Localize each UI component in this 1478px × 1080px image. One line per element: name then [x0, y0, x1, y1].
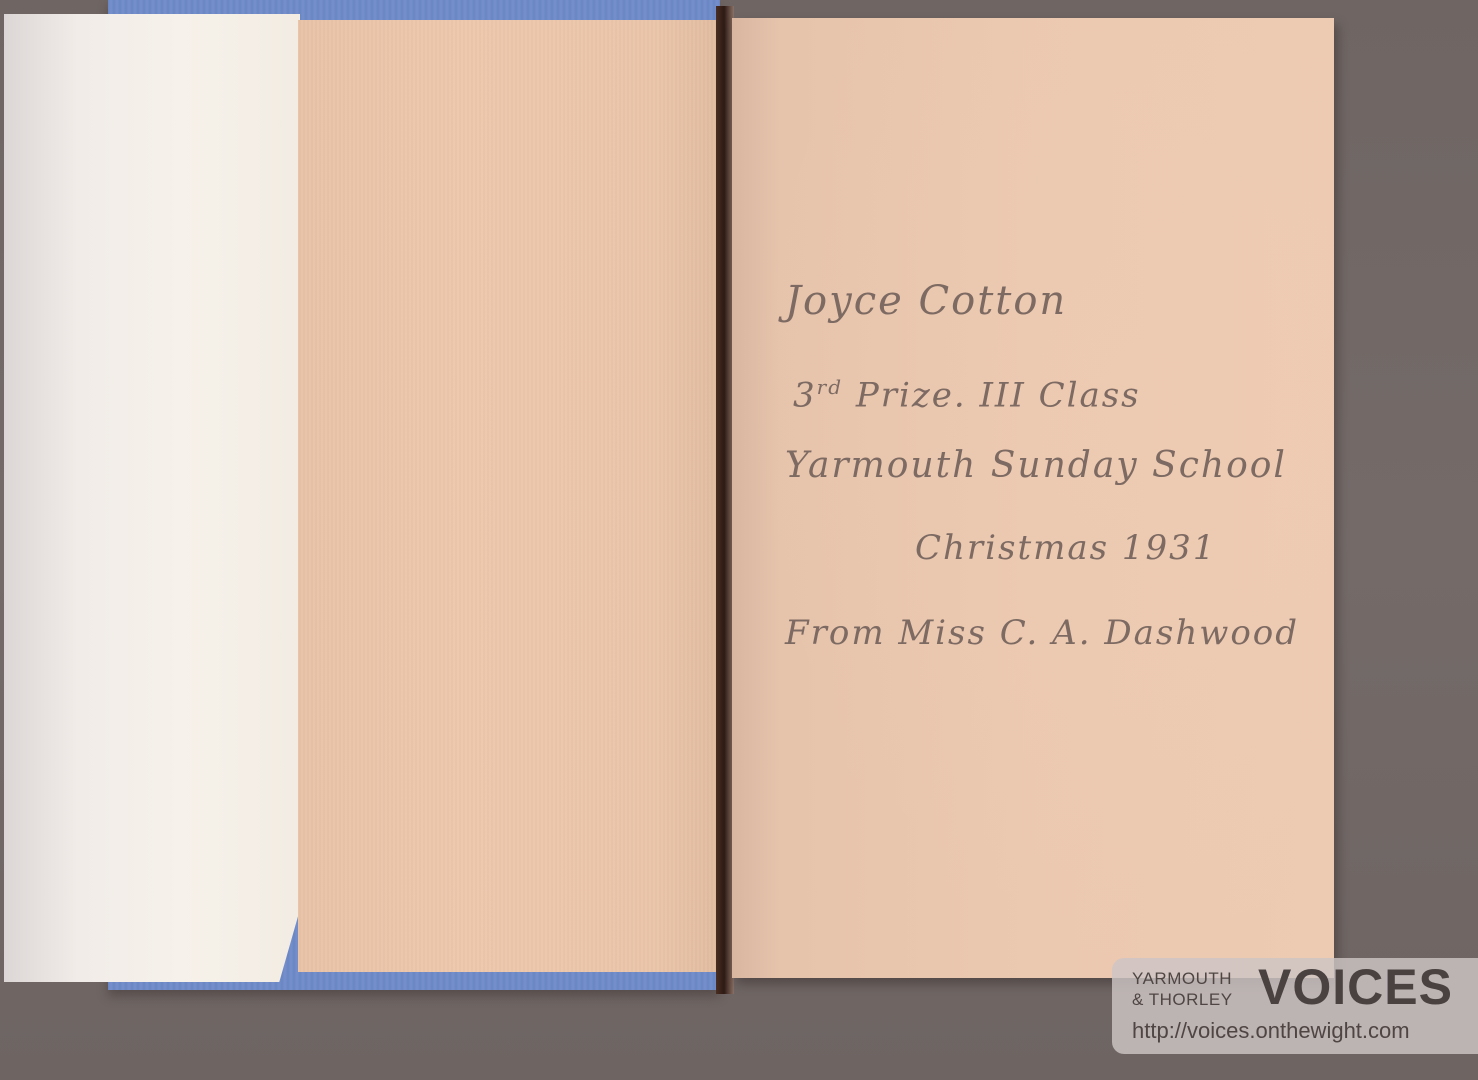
- watermark-brand: VOICES: [1258, 962, 1453, 1012]
- watermark-url: http://voices.onthewight.com: [1132, 1020, 1410, 1042]
- watermark-thorley: & THORLEY: [1132, 991, 1233, 1008]
- inscription-date: Christmas 1931: [915, 528, 1216, 568]
- prize-ordinal: 3: [793, 375, 817, 415]
- inscription-recipient: Joyce Cotton: [785, 278, 1067, 324]
- inscription-school: Yarmouth Sunday School: [785, 445, 1287, 486]
- prize-ordinal-suffix: rd: [817, 375, 843, 399]
- voices-watermark: YARMOUTH & THORLEY VOICES http://voices.…: [1112, 958, 1478, 1054]
- prize-text: Prize. III Class: [843, 375, 1141, 415]
- inscribed-flyleaf-page: [732, 18, 1334, 978]
- watermark-yarmouth: YARMOUTH: [1132, 970, 1232, 987]
- inscription-giver: From Miss C. A. Dashwood: [785, 613, 1299, 653]
- white-endpaper: [4, 14, 300, 982]
- inscription-prize: 3rd Prize. III Class: [793, 375, 1141, 415]
- peach-pastedown-endpaper: [298, 20, 718, 972]
